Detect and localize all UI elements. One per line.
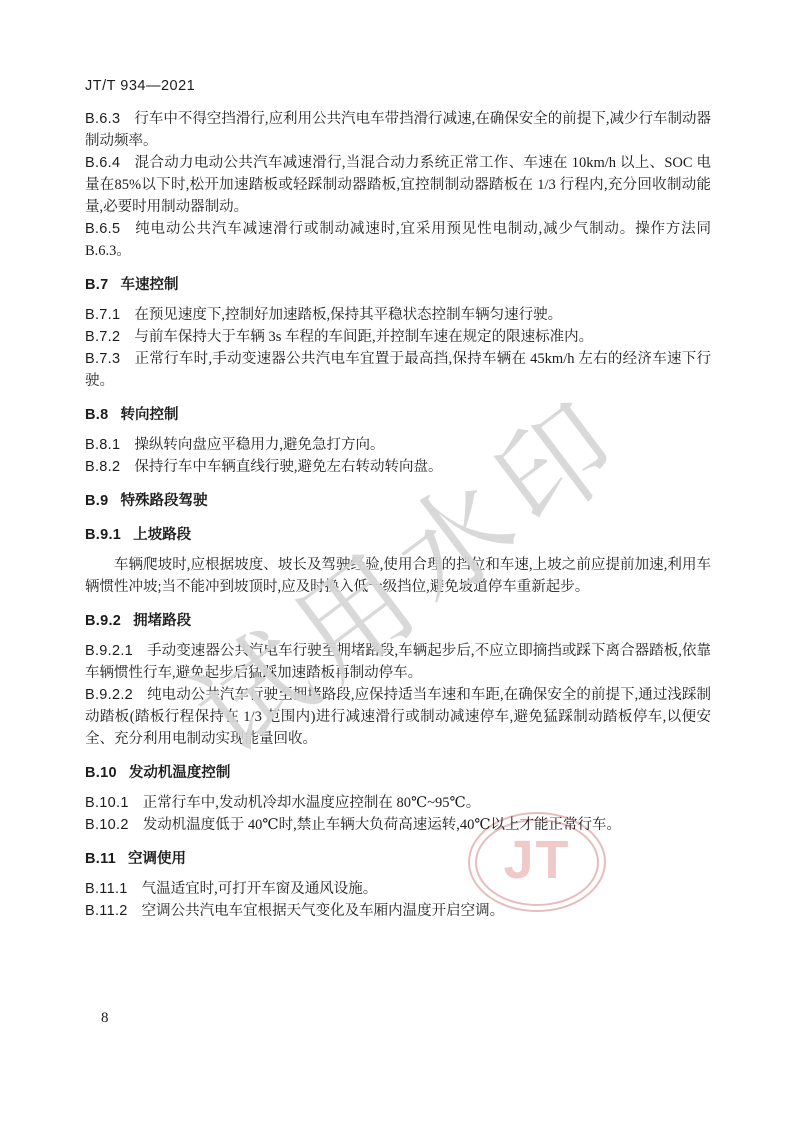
clause-text: 行车中不得空挡滑行,应利用公共汽电车带挡滑行减速,在确保安全的前提下,减少行车制… [85,111,711,149]
clause-paragraph: B.10.2发动机温度低于 40℃时,禁止车辆大负荷高速运转,40℃以上才能正常… [85,814,711,836]
clause-text: 保持行车中车辆直线行驶,避免左右转动转向盘。 [134,459,442,475]
clause-number: B.6.3 [85,111,120,127]
subsection-heading: B.9.1上坡路段 [85,524,711,546]
clause-text: 拥堵路段 [133,613,191,629]
clause-number: B.11.2 [85,903,128,919]
document-page: JT/T 934—2021 B.6.3行车中不得空挡滑行,应利用公共汽电车带挡滑… [0,0,794,1123]
clause-paragraph: B.10.1正常行车中,发动机冷却水温度应控制在 80℃~95℃。 [85,792,711,814]
clause-paragraph: B.7.2与前车保持大于车辆 3s 车程的车间距,并控制车速在规定的限速标准内。 [85,326,711,348]
clause-paragraph: B.7.3正常行车时,手动变速器公共汽电车宜置于最高挡,保持车辆在 45km/h… [85,348,711,392]
clause-number: B.11.1 [85,881,128,897]
clause-paragraph: B.8.2保持行车中车辆直线行驶,避免左右转动转向盘。 [85,456,711,478]
clause-number: B.9.2.2 [85,687,133,703]
clause-number: B.6.5 [85,221,120,237]
clause-text: 发动机温度控制 [129,765,231,781]
clause-number: B.8.2 [85,459,120,475]
clause-paragraph: B.8.1操纵转向盘应平稳用力,避免急打方向。 [85,434,711,456]
clause-number: B.7.2 [85,329,120,345]
clause-text: 在预见速度下,控制好加速踏板,保持其平稳状态控制车辆匀速行驶。 [134,307,562,323]
clause-text: 混合动力电动公共汽车减速滑行,当混合动力系统正常工作、车速在 10km/h 以上… [85,155,711,215]
clause-text: 手动变速器公共汽电车行驶至拥堵路段,车辆起步后,不应立即摘挡或踩下离合器踏板,依… [85,643,711,681]
clause-number: B.9 [85,493,108,509]
clause-number: B.6.4 [85,155,120,171]
section-heading: B.9特殊路段驾驶 [85,490,711,512]
clause-text: 转向控制 [120,407,178,423]
clause-text: 车速控制 [120,277,178,293]
clause-text: 空调公共汽电车宜根据天气变化及车厢内温度开启空调。 [142,903,505,919]
clause-text: 气温适宜时,可打开车窗及通风设施。 [142,881,378,897]
clause-paragraph: B.11.1气温适宜时,可打开车窗及通风设施。 [85,878,711,900]
clause-paragraph: 车辆爬坡时,应根据坡度、坡长及驾驶经验,使用合理的挡位和车速,上坡之前应提前加速… [85,554,711,598]
clause-number: B.11 [85,851,116,867]
clause-paragraph: B.9.2.1手动变速器公共汽电车行驶至拥堵路段,车辆起步后,不应立即摘挡或踩下… [85,640,711,684]
clause-text: 与前车保持大于车辆 3s 车程的车间距,并控制车速在规定的限速标准内。 [134,329,593,345]
section-heading: B.7车速控制 [85,274,711,296]
clause-number: B.8 [85,407,108,423]
clause-text: 操纵转向盘应平稳用力,避免急打方向。 [134,437,384,453]
clause-paragraph: B.6.5纯电动公共汽车减速滑行或制动减速时,宜采用预见性电制动,减少气制动。操… [85,218,711,262]
page-number: 8 [101,1010,109,1027]
section-heading: B.11空调使用 [85,848,711,870]
clause-text: 空调使用 [128,851,186,867]
clause-text: 正常行车时,手动变速器公共汽电车宜置于最高挡,保持车辆在 45km/h 左右的经… [85,351,711,389]
clause-number: B.10.2 [85,817,129,833]
clause-number: B.10 [85,765,117,781]
clause-number: B.9.2.1 [85,643,133,659]
clause-paragraph: B.6.3行车中不得空挡滑行,应利用公共汽电车带挡滑行减速,在确保安全的前提下,… [85,108,711,152]
clause-paragraph: B.7.1在预见速度下,控制好加速踏板,保持其平稳状态控制车辆匀速行驶。 [85,304,711,326]
section-heading: B.10发动机温度控制 [85,762,711,784]
standard-number-header: JT/T 934—2021 [85,78,195,94]
section-heading: B.8转向控制 [85,404,711,426]
clause-number: B.9.2 [85,613,121,629]
clause-text: 车辆爬坡时,应根据坡度、坡长及驾驶经验,使用合理的挡位和车速,上坡之前应提前加速… [85,557,711,595]
clause-number: B.7.3 [85,351,120,367]
clause-number: B.7 [85,277,108,293]
clause-number: B.7.1 [85,307,120,323]
subsection-heading: B.9.2拥堵路段 [85,610,711,632]
clause-number: B.10.1 [85,795,129,811]
clause-text: 上坡路段 [133,527,191,543]
clause-text: 特殊路段驾驶 [120,493,207,509]
clause-paragraph: B.11.2空调公共汽电车宜根据天气变化及车厢内温度开启空调。 [85,900,711,922]
clause-text: 纯电动公共汽车行驶至拥堵路段,应保持适当车速和车距,在确保安全的前提下,通过浅踩… [85,687,711,747]
clause-paragraph: B.9.2.2纯电动公共汽车行驶至拥堵路段,应保持适当车速和车距,在确保安全的前… [85,684,711,750]
clause-text: 发动机温度低于 40℃时,禁止车辆大负荷高速运转,40℃以上才能正常行车。 [143,817,621,833]
clause-text: 纯电动公共汽车减速滑行或制动减速时,宜采用预见性电制动,减少气制动。操作方法同B… [85,221,711,259]
clause-number: B.9.1 [85,527,121,543]
document-body: B.6.3行车中不得空挡滑行,应利用公共汽电车带挡滑行减速,在确保安全的前提下,… [85,108,711,922]
clause-text: 正常行车中,发动机冷却水温度应控制在 80℃~95℃。 [143,795,481,811]
clause-paragraph: B.6.4混合动力电动公共汽车减速滑行,当混合动力系统正常工作、车速在 10km… [85,152,711,218]
clause-number: B.8.1 [85,437,120,453]
